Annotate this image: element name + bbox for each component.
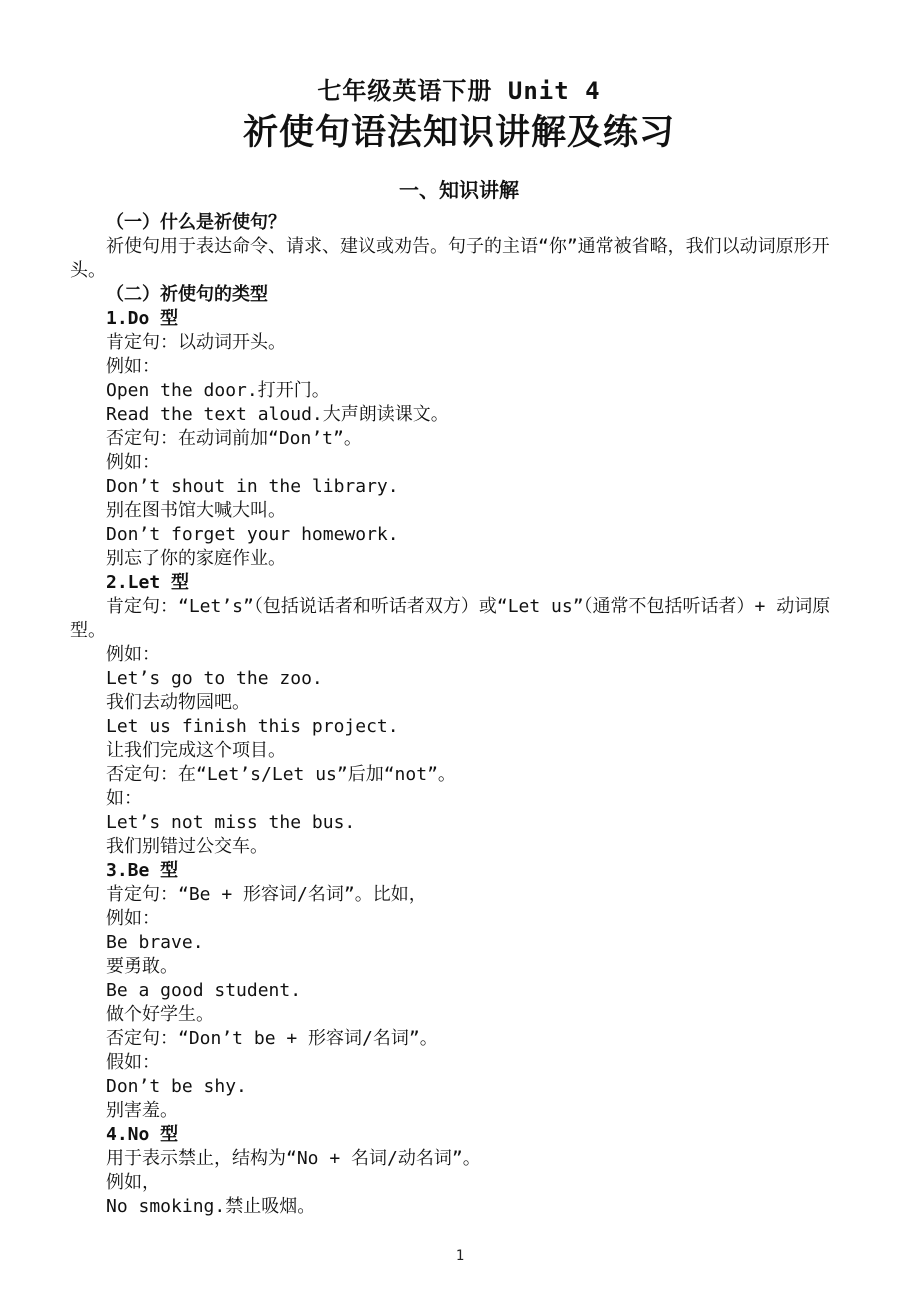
body-text-line: Be a good student. bbox=[70, 979, 848, 1003]
section-heading-knowledge: 一、知识讲解 bbox=[70, 177, 848, 203]
body-heading-line: 4.No 型 bbox=[70, 1123, 848, 1147]
body-text-line: 肯定句：以动词开头。 bbox=[70, 331, 848, 355]
body-text-line: Don’t shout in the library. bbox=[70, 475, 848, 499]
body-text-line: Let’s not miss the bus. bbox=[70, 811, 848, 835]
body-text-line: 例如： bbox=[70, 907, 848, 931]
body-text-line: 否定句：在动词前加“Don’t”。 bbox=[70, 427, 848, 451]
body-text-line: 祈使句用于表达命令、请求、建议或劝告。句子的主语“你”通常被省略，我们以动词原形… bbox=[70, 235, 848, 283]
body-text-line: 如： bbox=[70, 787, 848, 811]
body-text-line: 做个好学生。 bbox=[70, 1003, 848, 1027]
document-page: 七年级英语下册 Unit 4 祈使句语法知识讲解及练习 一、知识讲解 （一）什么… bbox=[0, 0, 920, 1302]
body-text-line: 让我们完成这个项目。 bbox=[70, 739, 848, 763]
body-text-line: 例如： bbox=[70, 643, 848, 667]
body-text-line: 要勇敢。 bbox=[70, 955, 848, 979]
page-number: 1 bbox=[0, 1248, 920, 1264]
body-text-line: Let us finish this project. bbox=[70, 715, 848, 739]
body-text-line: Read the text aloud.大声朗读课文。 bbox=[70, 403, 848, 427]
body-heading-line: 2.Let 型 bbox=[70, 571, 848, 595]
body-text-line: 肯定句：“Be + 形容词/名词”。比如， bbox=[70, 883, 848, 907]
body-text-line: Don’t be shy. bbox=[70, 1075, 848, 1099]
body-text-line: 否定句：“Don’t be + 形容词/名词”。 bbox=[70, 1027, 848, 1051]
body-heading-line: （二）祈使句的类型 bbox=[70, 283, 848, 307]
body-text-line: 肯定句：“Let’s”（包括说话者和听话者双方）或“Let us”（通常不包括听… bbox=[70, 595, 848, 643]
body-text-line: 我们别错过公交车。 bbox=[70, 835, 848, 859]
body-text-line: 别忘了你的家庭作业。 bbox=[70, 547, 848, 571]
body-text-line: 否定句：在“Let’s/Let us”后加“not”。 bbox=[70, 763, 848, 787]
body-text-line: 我们去动物园吧。 bbox=[70, 691, 848, 715]
document-subtitle: 七年级英语下册 Unit 4 bbox=[70, 76, 848, 106]
body-heading-line: （一）什么是祈使句？ bbox=[70, 211, 848, 235]
document-title: 祈使句语法知识讲解及练习 bbox=[70, 111, 848, 155]
body-text-line: 别在图书馆大喊大叫。 bbox=[70, 499, 848, 523]
body-text-line: 例如： bbox=[70, 355, 848, 379]
document-body: （一）什么是祈使句？祈使句用于表达命令、请求、建议或劝告。句子的主语“你”通常被… bbox=[70, 211, 848, 1219]
body-text-line: Be brave. bbox=[70, 931, 848, 955]
body-text-line: 例如， bbox=[70, 1171, 848, 1195]
body-heading-line: 1.Do 型 bbox=[70, 307, 848, 331]
body-text-line: Open the door.打开门。 bbox=[70, 379, 848, 403]
body-text-line: 用于表示禁止，结构为“No + 名词/动名词”。 bbox=[70, 1147, 848, 1171]
body-text-line: 假如： bbox=[70, 1051, 848, 1075]
body-heading-line: 3.Be 型 bbox=[70, 859, 848, 883]
body-text-line: Don’t forget your homework. bbox=[70, 523, 848, 547]
body-text-line: Let’s go to the zoo. bbox=[70, 667, 848, 691]
body-text-line: No smoking.禁止吸烟。 bbox=[70, 1195, 848, 1219]
body-text-line: 例如： bbox=[70, 451, 848, 475]
body-text-line: 别害羞。 bbox=[70, 1099, 848, 1123]
